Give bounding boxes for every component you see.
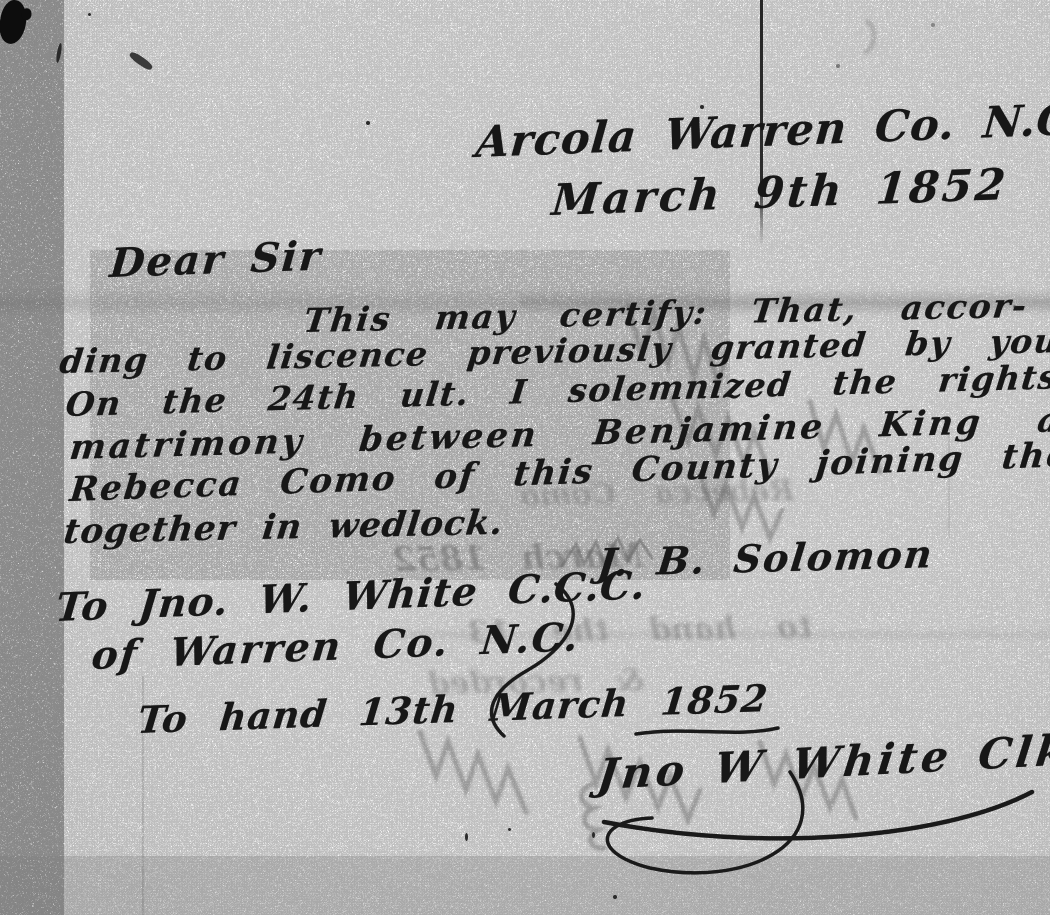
clerk-signature: Jno W White Clk xyxy=(595,725,1050,799)
docket-dash-flourish xyxy=(636,728,778,734)
speck xyxy=(836,64,840,68)
speck xyxy=(55,43,62,63)
salutation: Dear Sir xyxy=(108,233,324,288)
document-scan: Rebecca Como March 1852 to hand the 13 &… xyxy=(0,0,1050,915)
speck xyxy=(700,105,704,109)
speck xyxy=(128,50,154,71)
clerk-signature-underline-flourish xyxy=(604,792,1032,838)
ink-blot xyxy=(0,0,30,46)
place-line: Arcola Warren Co. N.C. xyxy=(474,94,1050,168)
speck xyxy=(88,13,91,16)
bottom-edge-speckle xyxy=(0,856,1050,915)
date-line: March 9th 1852 xyxy=(550,160,1010,226)
speck xyxy=(366,121,370,125)
speck xyxy=(465,833,468,841)
speck xyxy=(931,23,935,27)
speck xyxy=(592,832,595,838)
corner-squiggle xyxy=(866,22,874,52)
left-edge-speckle xyxy=(0,0,64,915)
speck xyxy=(613,895,617,899)
speck xyxy=(508,828,511,831)
hatch-stroke xyxy=(420,732,526,812)
speck xyxy=(1013,305,1016,308)
